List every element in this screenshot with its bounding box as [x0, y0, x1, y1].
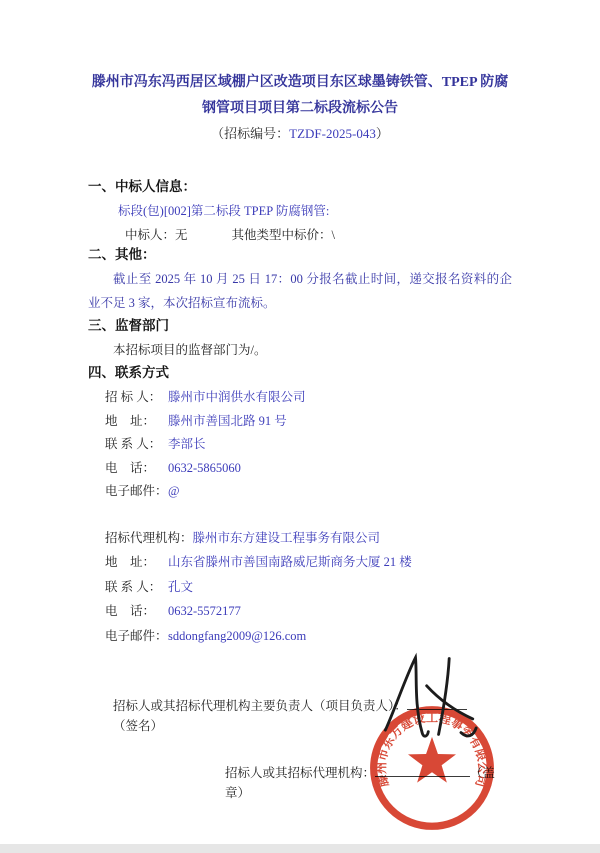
section4-heading: 四、联系方式	[88, 364, 512, 382]
section2-heading: 二、其他：	[88, 246, 512, 264]
agency-address-row: 地 址：山东省滕州市善国南路威尼斯商务大厦 21 楼	[105, 550, 512, 575]
agency-contactperson-row: 联 系 人：孔文	[105, 575, 512, 600]
other-price-label: 其他类型中标价：	[232, 228, 332, 242]
tenderer-phone-value: 0632-5865060	[168, 461, 241, 475]
tenderer-name-row: 招 标 人：滕州市中润供水有限公司	[105, 386, 512, 410]
signature-suffix: （签名）	[113, 719, 163, 733]
agency-phone-label: 电 话：	[105, 599, 168, 624]
tenderer-address-value: 滕州市善国北路 91 号	[168, 414, 287, 428]
tenderer-email-row: 电子邮件：@	[105, 480, 512, 504]
tenderer-email-value: @	[168, 484, 180, 498]
agency-address-label: 地 址：	[105, 550, 168, 575]
handwritten-signature	[374, 647, 479, 743]
tender-number-line: （招标编号：TZDF-2025-043）	[88, 125, 512, 143]
tenderer-name-value: 滕州市中润供水有限公司	[168, 390, 306, 404]
agency-email-label: 电子邮件：	[105, 624, 168, 649]
agency-name-label: 招标代理机构：	[105, 526, 193, 551]
tenderer-contactperson-row: 联 系 人：李部长	[105, 433, 512, 457]
tenderer-email-label: 电子邮件：	[105, 480, 168, 504]
winner-value: 无	[175, 228, 188, 242]
agency-email-row: 电子邮件：sddongfang2009@126.com	[105, 624, 512, 649]
agency-phone-value: 0632-5572177	[168, 604, 241, 618]
agency-phone-row: 电 话：0632-5572177	[105, 599, 512, 624]
tenderer-address-row: 地 址：滕州市善国北路 91 号	[105, 410, 512, 434]
winner-label: 中标人：	[125, 228, 175, 242]
signature-stroke	[427, 684, 473, 720]
tenderer-name-label: 招 标 人：	[105, 386, 168, 410]
section3-body: 本招标项目的监督部门为/。	[88, 341, 512, 359]
page-title: 滕州市冯东冯西居区域棚户区改造项目东区球墨铸铁管、TPEP 防腐钢管项目项目第二…	[88, 70, 512, 122]
agency-contactperson-value: 孔文	[168, 580, 193, 594]
section2-body: 截止至 2025 年 10 月 25 日 17：00 分报名截止时间，递交报名资…	[88, 267, 512, 315]
viewer-bottom-bar	[0, 844, 600, 853]
winner-line: 中标人：无其他类型中标价：\	[125, 226, 512, 244]
signature-stroke	[461, 728, 477, 736]
tenderer-phone-label: 电 话：	[105, 457, 168, 481]
tender-number-suffix: ）	[376, 126, 389, 141]
agency-contactperson-label: 联 系 人：	[105, 575, 168, 600]
agency-address-value: 山东省滕州市善国南路威尼斯商务大厦 21 楼	[168, 555, 412, 569]
agency-email-value: sddongfang2009@126.com	[168, 629, 306, 643]
tenderer-phone-row: 电 话：0632-5865060	[105, 457, 512, 481]
agency-name-value: 滕州市东方建设工程事务有限公司	[193, 531, 381, 545]
agency-seal-label: 招标人或其招标代理机构：	[225, 766, 375, 780]
signature-stroke	[383, 657, 429, 737]
agency-name-row: 招标代理机构：滕州市东方建设工程事务有限公司	[105, 526, 512, 551]
bid-package-line: 标段(包)[002]第二标段 TPEP 防腐钢管:	[118, 202, 512, 220]
seal-star-icon	[408, 737, 456, 783]
other-price-value: \	[332, 228, 335, 242]
section3-heading: 三、监督部门	[88, 317, 512, 335]
tender-number: TZDF-2025-043	[289, 126, 376, 141]
section1-heading: 一、中标人信息：	[88, 178, 512, 196]
tenderer-contactperson-value: 李部长	[168, 437, 206, 451]
tenderer-contactperson-label: 联 系 人：	[105, 433, 168, 457]
agency-contact-block: 招标代理机构：滕州市东方建设工程事务有限公司 地 址：山东省滕州市善国南路威尼斯…	[105, 526, 512, 649]
tenderer-contact-block: 招 标 人：滕州市中润供水有限公司 地 址：滕州市善国北路 91 号 联 系 人…	[105, 386, 512, 504]
responsible-person-label: 招标人或其招标代理机构主要负责人（项目负责人）：	[113, 699, 407, 713]
tender-number-prefix: （招标编号：	[211, 126, 289, 141]
tenderer-address-label: 地 址：	[105, 410, 168, 434]
